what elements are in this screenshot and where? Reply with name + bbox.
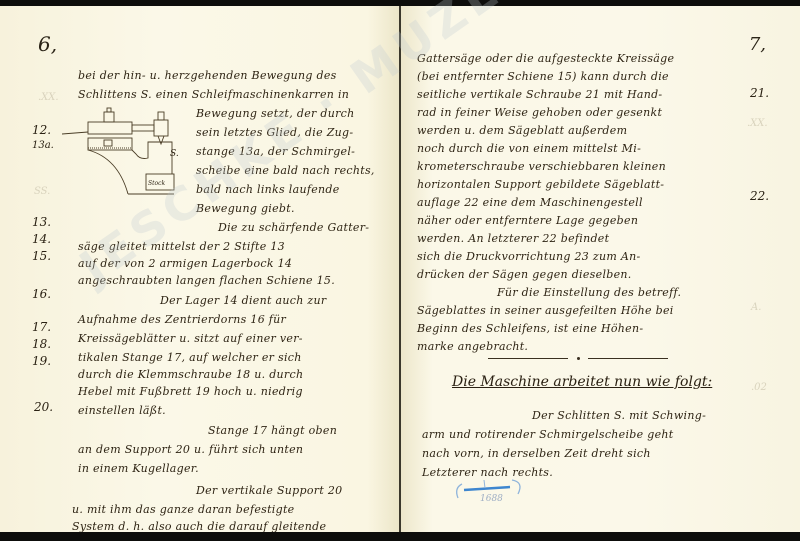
text-line: Die zu schärfende Gatter-: [218, 221, 369, 234]
text-line: auflage 22 eine dem Maschinengestell: [417, 196, 643, 209]
text-line: u. mit ihm das ganze daran befestigte: [72, 503, 294, 516]
text-line: näher oder entferntere Lage gegeben: [417, 214, 638, 227]
text-line: werden. An letzterer 22 befindet: [417, 232, 609, 245]
left-page: 6, S. Stock bei der hin: [0, 6, 399, 532]
section-divider: [488, 358, 668, 359]
bleed-through-mark: .02: [751, 382, 767, 393]
svg-text:Stock: Stock: [148, 180, 165, 187]
margin-number: 18.: [32, 337, 51, 351]
margin-number: 22.: [750, 189, 769, 203]
text-line: horizontalen Support gebildete Sägeblatt…: [417, 178, 664, 191]
text-line: Kreissägeblätter u. sitzt auf einer ver-: [78, 332, 303, 345]
text-line: sein letztes Glied, die Zug-: [196, 126, 353, 139]
text-line: Der Lager 14 dient auch zur: [160, 294, 326, 307]
section-heading: Die Maschine arbeitet nun wie folgt:: [452, 374, 712, 390]
bleed-through-mark: .XX.: [747, 118, 768, 129]
text-line: Der vertikale Support 20: [196, 484, 342, 497]
text-line: Bewegung giebt.: [196, 202, 295, 215]
text-line: tikalen Stange 17, auf welcher er sich: [78, 351, 302, 364]
bleed-through-mark: A.: [751, 302, 761, 313]
text-line: krometerschraube verschiebbaren kleinen: [417, 160, 666, 173]
text-line: Schlittens S. einen Schleifmaschinenkarr…: [78, 88, 349, 101]
margin-number: 16.: [32, 287, 51, 301]
text-line: Hebel mit Fußbrett 19 hoch u. niedrig: [78, 385, 303, 398]
text-line: Gattersäge oder die aufgesteckte Kreissä…: [417, 52, 674, 65]
svg-text:S.: S.: [170, 149, 179, 159]
text-line: auf der von 2 armigen Lagerbock 14: [78, 257, 292, 270]
text-line: Aufnahme des Zentrierdorns 16 für: [78, 313, 286, 326]
text-line: säge gleitet mittelst der 2 Stifte 13: [78, 240, 285, 253]
text-line: bei der hin- u. herzgehenden Bewegung de…: [78, 69, 337, 82]
text-line: rad in feiner Weise gehoben oder gesenkt: [417, 106, 662, 119]
text-line: sich die Druckvorrichtung 23 zum An-: [417, 250, 641, 263]
text-line: stange 13a, der Schmirgel-: [196, 145, 355, 158]
bleed-through-mark: SS.: [34, 186, 50, 197]
text-line: seitliche vertikale Schraube 21 mit Hand…: [417, 88, 662, 101]
margin-number: 17.: [32, 320, 51, 334]
machine-sketch-icon: S. Stock: [62, 106, 182, 196]
page-number-right: 7,: [749, 34, 766, 55]
page-number-left: 6,: [38, 32, 57, 56]
scan-border: [0, 532, 800, 541]
text-line: in einem Kugellager.: [78, 462, 199, 475]
text-line: bald nach links laufende: [196, 183, 340, 196]
margin-number: 20.: [34, 400, 53, 414]
bleed-through-mark: .XX.: [38, 92, 59, 103]
text-line: (bei entfernter Schiene 15) kann durch d…: [417, 70, 669, 83]
text-line: Beginn des Schleifens, ist eine Höhen-: [417, 322, 643, 335]
text-line: Sägeblattes in seiner ausgefeilten Höhe …: [417, 304, 674, 317]
text-line: Für die Einstellung des betreff.: [497, 286, 681, 299]
margin-number: 21.: [750, 86, 769, 100]
text-line: angeschraubten langen flachen Schiene 15…: [78, 274, 335, 287]
margin-number: 13a.: [32, 140, 54, 151]
text-line: arm und rotirender Schmirgelscheibe geht: [422, 428, 674, 441]
text-line: einstellen läßt.: [78, 404, 166, 417]
text-line: Stange 17 hängt oben: [208, 424, 337, 437]
text-line: marke angebracht.: [417, 340, 528, 353]
notebook-spread: 6, S. Stock bei der hin: [0, 6, 800, 532]
margin-number: 12.: [32, 123, 51, 137]
text-line: Bewegung setzt, der durch: [196, 107, 355, 120]
text-line: scheibe eine bald nach rechts,: [196, 164, 375, 177]
margin-number: 13.: [32, 215, 51, 229]
margin-number: 15.: [32, 249, 51, 263]
margin-number: 19.: [32, 354, 51, 368]
archive-stamp-icon: [450, 474, 540, 510]
stamp-number: 1688: [480, 494, 503, 504]
text-line: durch die Klemmschraube 18 u. durch: [78, 368, 303, 381]
text-line: drücken der Sägen gegen dieselben.: [417, 268, 632, 281]
text-line: noch durch die von einem mittelst Mi-: [417, 142, 641, 155]
text-line: nach vorn, in derselben Zeit dreht sich: [422, 447, 651, 460]
text-line: an dem Support 20 u. führt sich unten: [78, 443, 303, 456]
margin-number: 14.: [32, 232, 51, 246]
text-line: werden u. dem Sägeblatt außerdem: [417, 124, 627, 137]
text-line: System d. h. also auch die darauf gleite…: [72, 520, 326, 532]
text-line: Der Schlitten S. mit Schwing-: [532, 409, 706, 422]
